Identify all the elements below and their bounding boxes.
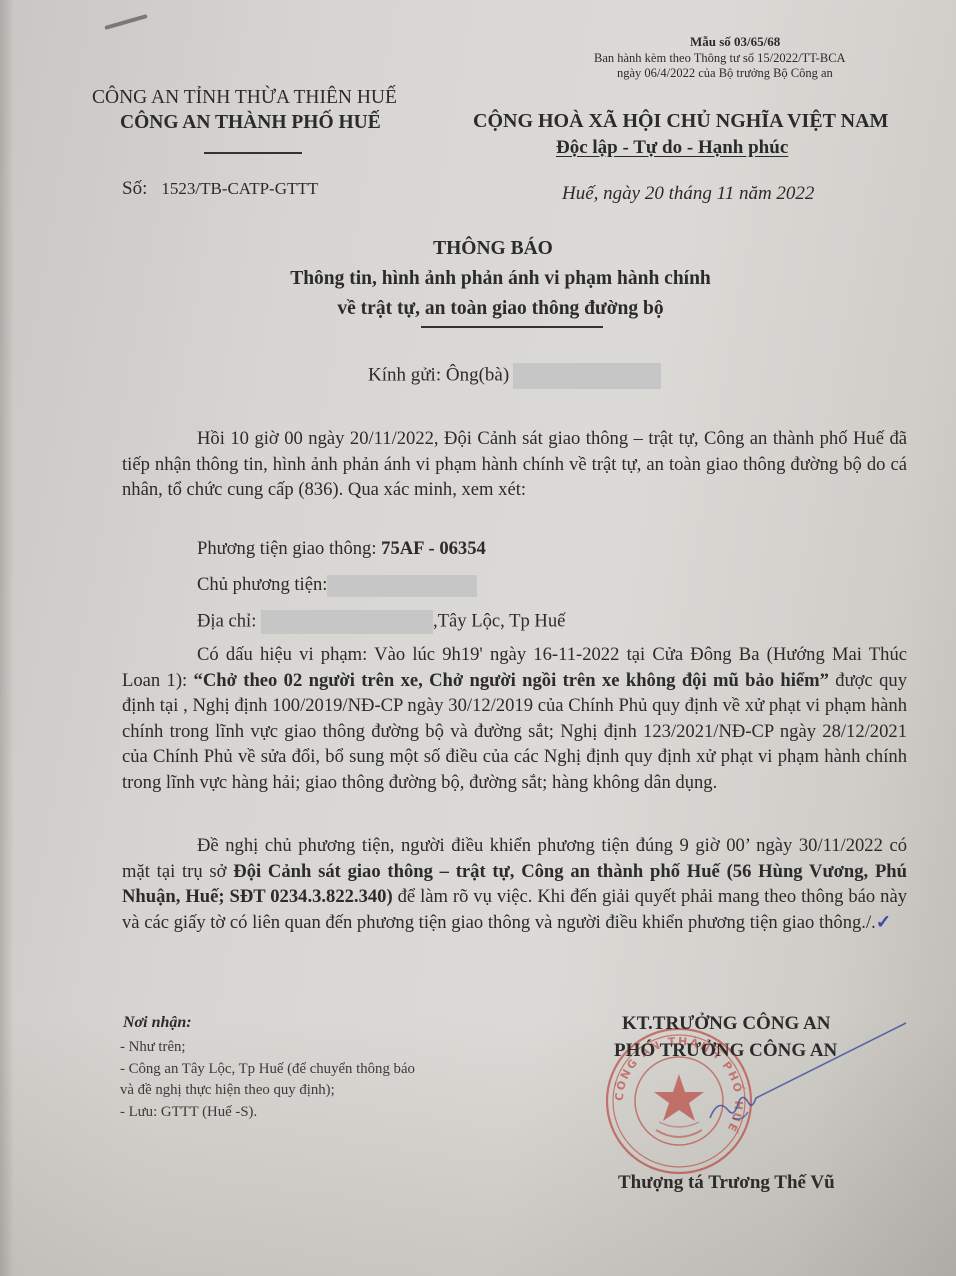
form-issued-line1: Ban hành kèm theo Thông tư số 15/2022/TT… — [594, 51, 846, 66]
title-underline — [421, 326, 603, 328]
pen-mark — [104, 14, 147, 30]
document-subtitle-line1: Thông tin, hình ảnh phản ánh vi phạm hàn… — [0, 268, 956, 290]
recipient-item: và đề nghị thực hiện theo quy định); — [120, 1082, 335, 1099]
vehicle-label: Phương tiện giao thông: — [197, 538, 381, 559]
agency-parent: CÔNG AN TỈNH THỪA THIÊN HUẾ — [92, 87, 397, 109]
recipient-line: Kính gửi: Ông(bà) — [368, 363, 661, 389]
address-suffix: ,Tây Lộc, Tp Huế — [433, 610, 565, 631]
violation-description: “Chở theo 02 người trên xe, Chở người ng… — [194, 670, 829, 691]
vehicle-plate: 75AF - 06354 — [381, 538, 486, 559]
national-motto: Độc lập - Tự do - Hạnh phúc — [556, 137, 788, 159]
paragraph-receipt-text: Hồi 10 giờ 00 ngày 20/11/2022, Đội Cảnh … — [122, 428, 907, 500]
signer-name: Thượng tá Trương Thế Vũ — [618, 1172, 835, 1194]
signer-title-line2: PHÓ TRƯỞNG CÔNG AN — [614, 1040, 837, 1062]
vehicle-field: Phương tiện giao thông: 75AF - 06354 — [197, 538, 486, 560]
owner-label: Chủ phương tiện: — [197, 574, 327, 595]
recipient-item: - Công an Tây Lộc, Tp Huế (để chuyển thô… — [120, 1061, 415, 1078]
agency-underline — [204, 152, 302, 154]
form-number: Mẫu số 03/65/68 — [690, 34, 780, 50]
page-left-edge-shadow — [0, 0, 14, 1276]
check-mark-icon: ✓ — [876, 912, 892, 933]
signer-title-line1: KT.TRƯỞNG CÔNG AN — [622, 1013, 830, 1035]
recipient-item: - Như trên; — [120, 1039, 186, 1056]
paragraph-receipt: Hồi 10 giờ 00 ngày 20/11/2022, Đội Cảnh … — [122, 426, 907, 503]
paragraph-summons: Đề nghị chủ phương tiện, người điều khiể… — [122, 833, 907, 935]
document-title: THÔNG BÁO — [0, 238, 956, 260]
address-field: Địa chỉ: ,Tây Lộc, Tp Huế — [197, 610, 565, 634]
form-issued-line2: ngày 06/4/2022 của Bộ trưởng Bộ Công an — [617, 66, 833, 81]
document-number: Số:1523/TB-CATP-GTTT — [122, 178, 318, 200]
document-number-label: Số: — [122, 178, 147, 199]
recipient-item: - Lưu: GTTT (Huế -S). — [120, 1104, 257, 1121]
national-title: CỘNG HOÀ XÃ HỘI CHỦ NGHĨA VIỆT NAM — [473, 110, 888, 133]
recipients-title: Nơi nhận: — [123, 1014, 192, 1032]
document-subtitle-line2: về trật tự, an toàn giao thông đường bộ — [0, 298, 956, 320]
paragraph-violation: Có dấu hiệu vi phạm: Vào lúc 9h19' ngày … — [122, 642, 907, 795]
redacted-owner-name — [327, 575, 477, 597]
address-label: Địa chỉ: — [197, 610, 261, 631]
document-number-value: 1523/TB-CATP-GTTT — [161, 179, 318, 198]
recipient-label: Kính gửi: Ông(bà) — [368, 364, 509, 385]
owner-field: Chủ phương tiện: — [197, 574, 477, 597]
redacted-address — [261, 610, 433, 634]
place-date: Huế, ngày 20 tháng 11 năm 2022 — [562, 183, 814, 205]
redacted-recipient-name — [513, 363, 661, 389]
agency-name: CÔNG AN THÀNH PHỐ HUẾ — [120, 112, 381, 134]
